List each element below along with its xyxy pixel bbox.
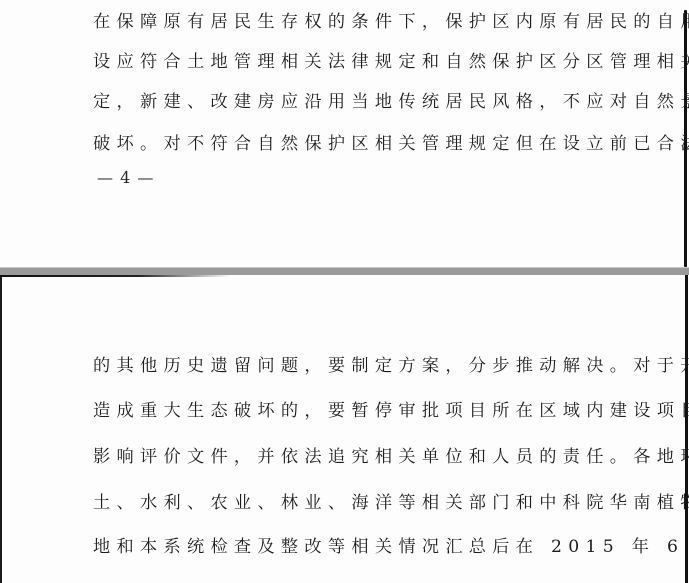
page-separator xyxy=(0,267,689,275)
page-number: — 4 — xyxy=(97,168,154,188)
scan-edge-left xyxy=(0,275,2,583)
text-line: 影响评价文件，并依法追究相关单位和人员的责任。各地环保、国 xyxy=(93,446,653,468)
page: 在保障原有居民生存权的条件下，保护区内原有居民的自用房建 设应符合土地管理相关法… xyxy=(0,0,689,267)
document-viewer[interactable]: 在保障原有居民生存权的条件下，保护区内原有居民的自用房建 设应符合土地管理相关法… xyxy=(0,0,689,583)
text-line: 地和本系统检查及整改等相关情况汇总后在 2015 年 6 月 30 日之 xyxy=(93,536,653,558)
text-line: 在保障原有居民生存权的条件下，保护区内原有居民的自用房建 xyxy=(93,11,653,33)
text-line: 定，新建、改建房应沿用当地传统居民风格，不应对自然景观造成 xyxy=(93,91,653,113)
text-line: 造成重大生态破坏的，要暂停审批项目所在区域内建设项目环境 xyxy=(93,400,653,422)
text-line: 的其他历史遗留问题，要制定方案，分步推动解决。对于开发活动 xyxy=(93,355,653,377)
text-line: 土、水利、农业、林业、海洋等相关部门和中科院华南植物园要将本 xyxy=(93,492,653,514)
page: 的其他历史遗留问题，要制定方案，分步推动解决。对于开发活动 造成重大生态破坏的，… xyxy=(0,275,689,583)
scan-edge-top xyxy=(0,275,230,277)
text-line: 破坏。对不符合自然保护区相关管理规定但在设立前已合法存在 xyxy=(93,133,653,155)
text-line: 设应符合土地管理相关法律规定和自然保护区分区管理相关规 xyxy=(93,51,653,73)
